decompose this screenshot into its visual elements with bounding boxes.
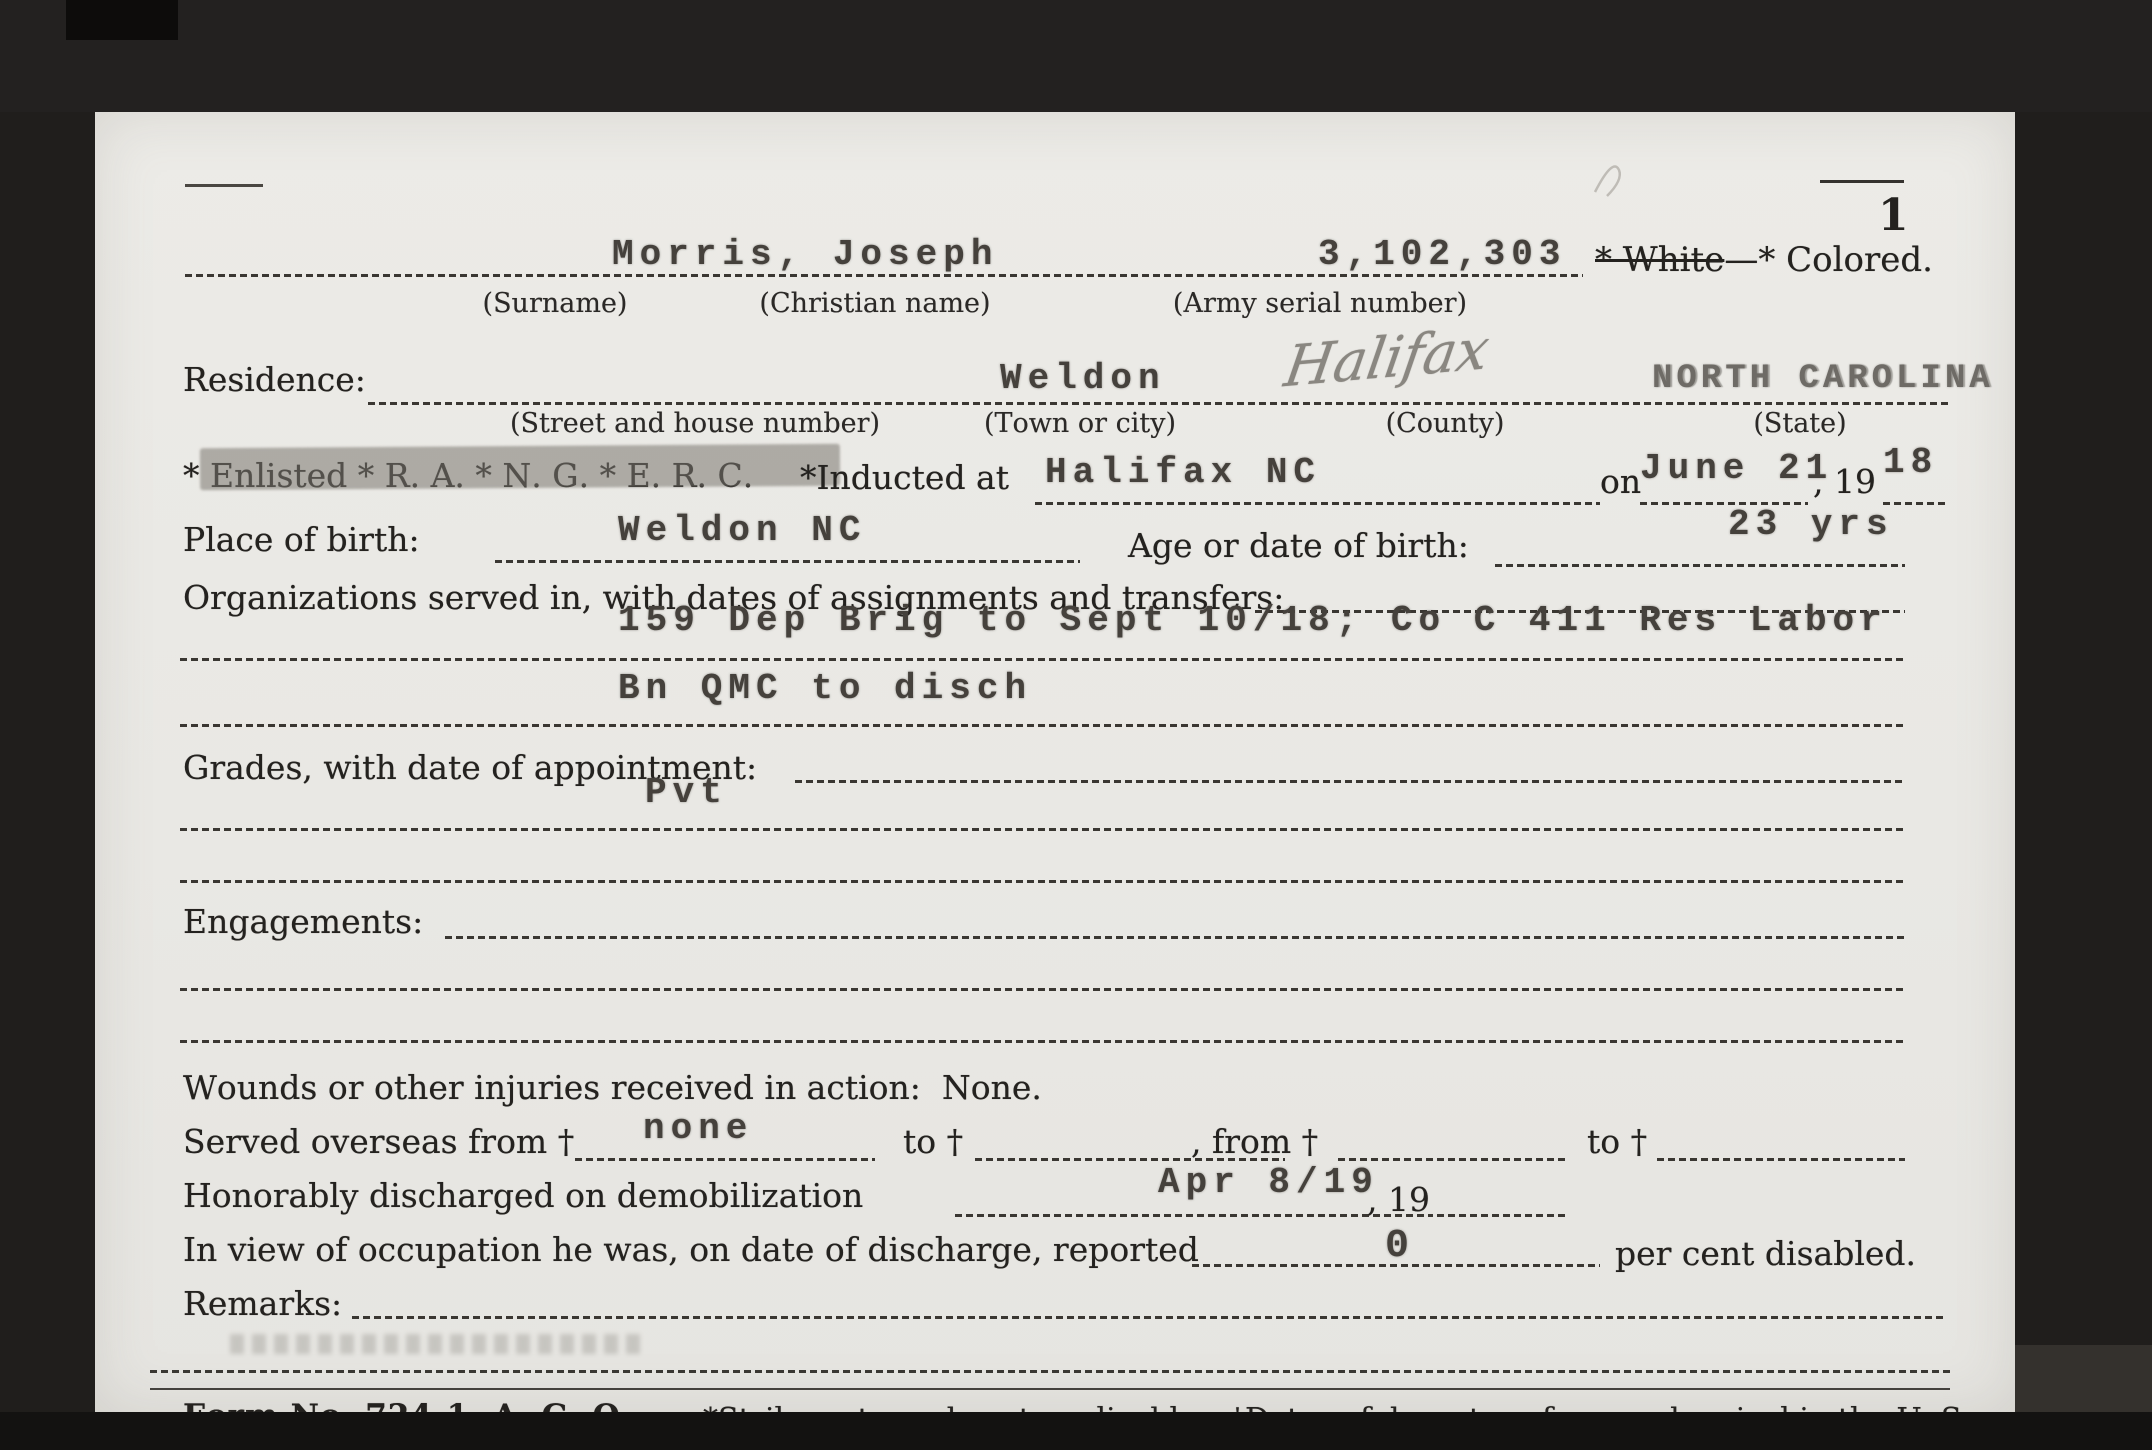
- scan-border-right-patch: [2015, 1345, 2152, 1412]
- grades-line3: [180, 880, 1905, 883]
- name-line: [185, 274, 1583, 277]
- induction-date-value: June 21: [1640, 448, 1833, 489]
- colored-option: * Colored.: [1758, 240, 1933, 280]
- induction-year-prefix: , 19: [1813, 462, 1876, 501]
- discharge-line: [955, 1214, 1433, 1217]
- wounds-label: Wounds or other injuries received in act…: [183, 1068, 1042, 1107]
- place-of-birth-line: [495, 560, 1080, 563]
- overseas-to2-label: to †: [1587, 1122, 1647, 1161]
- page-number-rule: [1820, 180, 1904, 183]
- induction-year-value: 18: [1883, 442, 1938, 483]
- age-label: Age or date of birth:: [1128, 526, 1469, 565]
- overseas-from1-value: none: [643, 1108, 753, 1149]
- serial-value: 3,102,303: [1318, 234, 1566, 275]
- engagements-line3: [180, 1040, 1905, 1043]
- pencil-mark: [1585, 152, 1645, 202]
- residence-line: [368, 402, 1950, 405]
- bottom-solid-rule: [150, 1388, 1950, 1390]
- scan-border-notch: [66, 0, 178, 40]
- ink-smear-bar: [200, 444, 840, 490]
- town-caption: (Town or city): [955, 408, 1205, 439]
- organizations-line2: [180, 724, 1905, 727]
- disability-label: In view of occupation he was, on date of…: [183, 1230, 1199, 1269]
- county-caption: (County): [1335, 408, 1555, 439]
- overseas-label: Served overseas from †: [183, 1122, 574, 1161]
- grades-label-line: [795, 780, 1905, 783]
- name-value: Morris, Joseph: [612, 234, 998, 275]
- place-of-birth-label: Place of birth:: [183, 520, 420, 559]
- engagements-label-line: [445, 936, 1905, 939]
- place-of-birth-value: Weldon NC: [618, 510, 866, 551]
- discharge-date-value: Apr 8/19: [1158, 1162, 1379, 1203]
- disability-suffix: per cent disabled.: [1615, 1234, 1916, 1273]
- inducted-place-line: [1035, 502, 1600, 505]
- wounds-value: None.: [942, 1068, 1042, 1107]
- residence-state-value: NORTH CAROLINA: [1652, 360, 1994, 398]
- overseas-from2-line: [1338, 1158, 1568, 1161]
- discharge-year-prefix: , 19: [1367, 1180, 1430, 1219]
- age-line: [1495, 564, 1905, 567]
- street-caption: (Street and house number): [465, 408, 925, 439]
- grades-line2: [180, 828, 1905, 831]
- disability-value: 0: [1385, 1224, 1415, 1269]
- scan-border-top: [0, 0, 2152, 112]
- overseas-to2-line: [1657, 1158, 1905, 1161]
- residence-label: Residence:: [183, 360, 366, 399]
- grade-value: Pvt: [645, 772, 728, 813]
- inducted-place-value: Halifax NC: [1045, 452, 1321, 493]
- wounds-label-text: Wounds or other injuries received in act…: [183, 1068, 921, 1107]
- discharge-label: Honorably discharged on demobilization: [183, 1176, 863, 1215]
- overseas-to1-label: to †: [903, 1122, 963, 1161]
- organizations-line1: [180, 658, 1905, 661]
- organizations-line1-value: 159 Dep Brig to Sept 10/18; Co C 411 Res…: [618, 600, 1888, 641]
- overseas-from1-line: [575, 1158, 875, 1161]
- footer-strike-note: *Strike out words not applicable.: [703, 1402, 1206, 1412]
- christian-name-caption: (Christian name): [745, 288, 1005, 319]
- footer-dates-note: †Dates of departure from and arrival in …: [1230, 1402, 1971, 1412]
- overseas-from2-label: , from †: [1191, 1122, 1318, 1161]
- discharge-year-line: [1437, 1214, 1567, 1217]
- page-number: 1: [1878, 190, 1909, 241]
- engagements-line2: [180, 988, 1905, 991]
- top-left-mark: [185, 184, 263, 187]
- army-serial-caption: (Army serial number): [1155, 288, 1485, 319]
- form-724-1-card: 1 Morris, Joseph 3,102,303 * White—* Col…: [95, 112, 2015, 1412]
- strike-dash: —: [1724, 240, 1758, 280]
- scan-border-bottom: [0, 1412, 2152, 1450]
- on-label: on: [1600, 462, 1641, 501]
- white-option-struck: * White: [1595, 240, 1724, 280]
- surname-caption: (Surname): [455, 288, 655, 319]
- state-caption: (State): [1695, 408, 1905, 439]
- engagements-label: Engagements:: [183, 902, 423, 941]
- residence-town-value: Weldon: [1000, 358, 1166, 399]
- race-line: * White—* Colored.: [1595, 240, 1933, 280]
- remarks-label: Remarks:: [183, 1284, 342, 1323]
- bottom-dashed-rule: [150, 1370, 1950, 1373]
- organizations-line2-value: Bn QMC to disch: [618, 668, 1032, 709]
- scanned-service-card: 1 Morris, Joseph 3,102,303 * White—* Col…: [0, 0, 2152, 1450]
- remarks-line: [352, 1316, 1947, 1319]
- inducted-at-label: *Inducted at: [800, 458, 1009, 497]
- residence-county-value: Halifax: [1280, 317, 1493, 401]
- age-value: 23 yrs: [1728, 504, 1894, 545]
- footer-form-number: Form No. 724-1, A. G. O.: [183, 1398, 632, 1412]
- ghost-offset-print: [230, 1334, 640, 1354]
